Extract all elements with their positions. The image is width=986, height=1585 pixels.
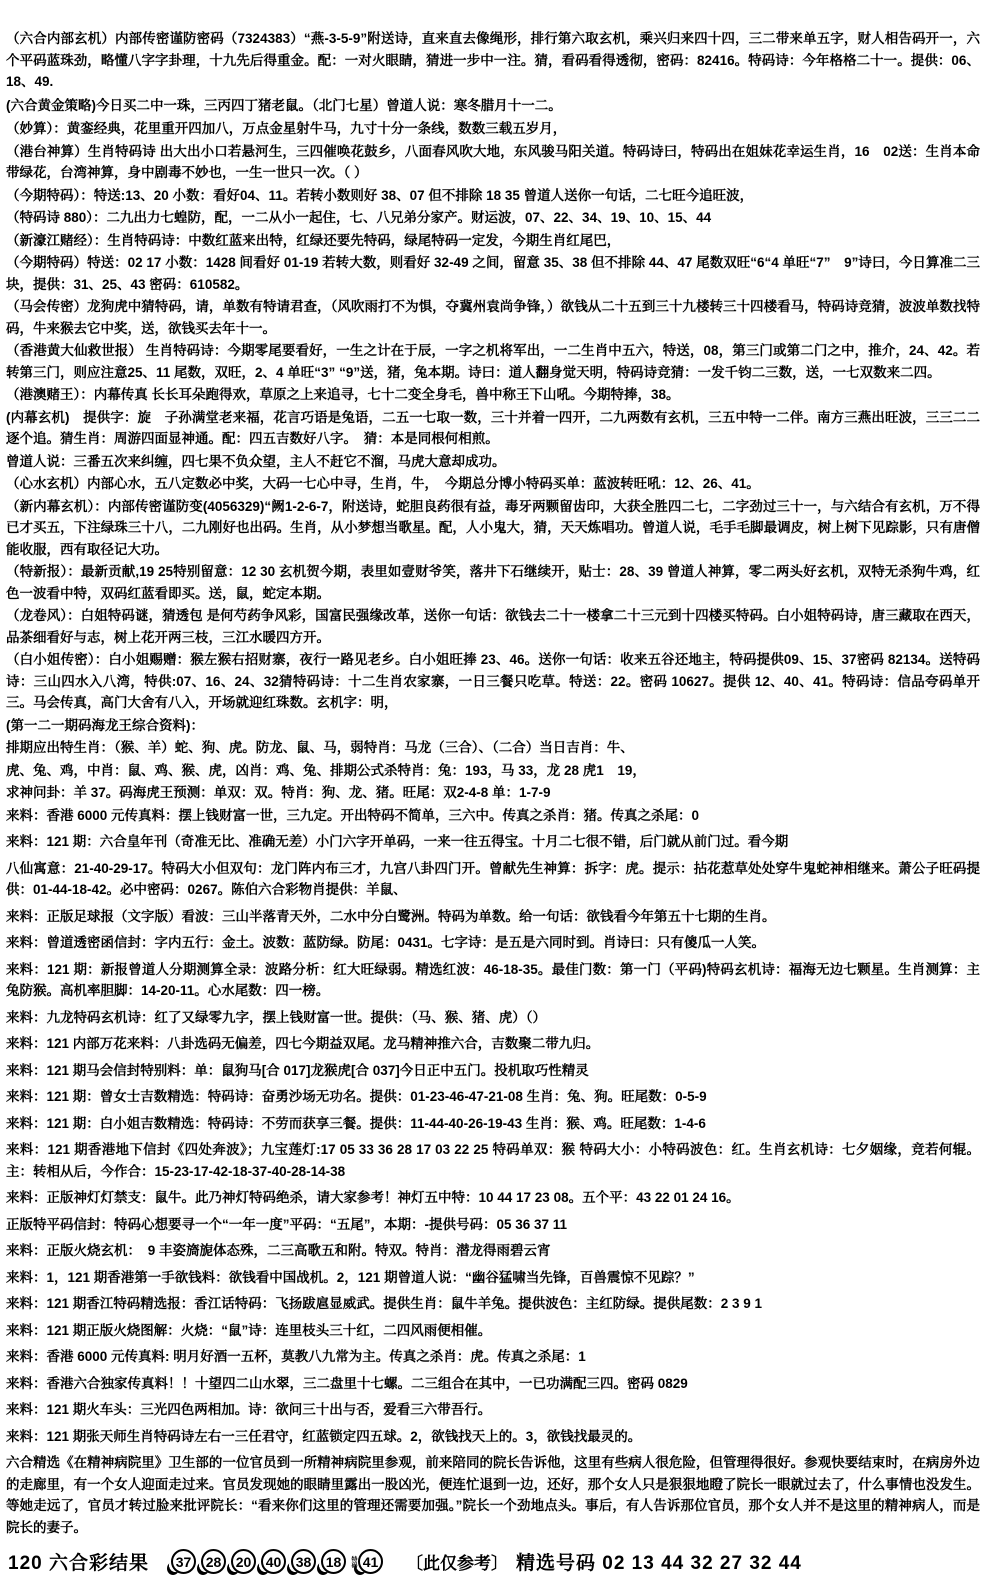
text-line: (第一二一期码海龙王综合资料)： — [6, 715, 980, 737]
text-line: （心水玄机）内部心水，五八定数必中奖，大码一七心中寻，生肖，牛， 今期总分博小特… — [6, 473, 980, 495]
reference-note: 〔此仅参考〕 — [406, 1549, 508, 1574]
result-ball: 38 — [291, 1549, 316, 1574]
text-line: 来料：121 期：白小姐吉数精选：特码诗：不劳而获享三餐。提供：11-44-40… — [6, 1113, 980, 1135]
text-line: 六合精选《在精神病院里》卫生部的一位官员到一所精神病院里参观，前来陪同的院长告诉… — [6, 1452, 980, 1538]
text-line: 来料：正版神灯灯禁支：鼠牛。此乃神灯特码绝杀，请大家参考！神灯五中特：10 44… — [6, 1187, 980, 1209]
text-line: 来料：正版足球报（文字版）看波：三山半落青天外，二水中分白鹭洲。特码为单数。给一… — [6, 906, 980, 928]
text-line: 虎、兔、鸡，中肖：鼠、鸡、猴、虎，凶肖：鸡、兔、排期公式杀特肖：兔：193，马 … — [6, 760, 980, 782]
issue-number-label: 120 六合彩结果 — [8, 1548, 149, 1575]
text-line: 来料：正版火烧玄机： 9 丰姿旖旎体态殊，二三高歌五和附。特双。特肖：潜龙得雨碧… — [6, 1240, 980, 1262]
text-line: 来料：曾道透密函信封：字内五行：金土。波数：蓝防绿。防尾：0431。七字诗：是五… — [6, 932, 980, 954]
text-line: 来料：121 期火车头：三光四色两相加。诗：欲问三十出与否，爱看三六带吾行。 — [6, 1399, 980, 1421]
text-line: 来料：121 期马会信封特别料：单：鼠狗马[合 017]龙猴虎[合 037]今日… — [6, 1060, 980, 1082]
result-ball: 18 — [321, 1549, 346, 1574]
result-ball: 28 — [201, 1549, 226, 1574]
text-line: 来料：121 期张天师生肖特码诗左右一三任君守，红蓝锁定四五球。2，欲钱找天上的… — [6, 1426, 980, 1448]
text-line: （妙算）：黄銮经典，花里重开四加八，万点金星射牛马，九寸十分一条线，数数三载五岁… — [6, 118, 980, 140]
text-line: （特新报）：最新贡献,19 25特别留意：12 30 玄机贺今期，表里如壹财爷笑… — [6, 561, 980, 604]
text-line: （马会传密）龙狗虎中猜特码，请，单数有特请君查，（风吹雨打不为惧，夺冀州袁尚争锋… — [6, 296, 980, 339]
text-line: 曾道人说：三番五次来纠缠，四七果不负众望，主人不赶它不溜，马虎大意却成功。 — [6, 451, 980, 473]
text-line: 来料：九龙特码玄机诗：红了又绿零九字，摆上钱财富一世。提供：（马、猴、猪、虎）（… — [6, 1007, 980, 1029]
text-line: （今期特码）特送：02 17 小数：1428 间看好 01-19 若转大数，则看… — [6, 252, 980, 295]
text-line: 来料：1，121 期香港第一手欲钱料：欲钱看中国战机。2，121 期曾道人说：“… — [6, 1267, 980, 1289]
selected-numbers: 精选号码 02 13 44 32 27 32 44 — [516, 1548, 802, 1575]
text-line: 排期应出特生肖：（猴、羊）蛇、狗、虎。防龙、鼠、马，弱特肖：马龙（三合）、（二合… — [6, 737, 980, 759]
text-line: 来料：121 内部万花来料：八卦选码无偏差，四七今期益双尾。龙马精神推六合，吉数… — [6, 1033, 980, 1055]
text-line: （特码诗 880）：二九出力七蝗防，配，一二从小一起住，七、八兄弟分家产。财运波… — [6, 207, 980, 229]
text-line: （新濠江赌经）：生肖特码诗：中数红蓝来出特，红绿还要先特码，绿尾特码一定发，今期… — [6, 230, 980, 252]
text-line: (六合黄金策略)今日买二中一珠，三丙四丁猪老鼠。（北门七星）曾道人说：寒冬腊月十… — [6, 95, 980, 117]
lottery-tipsheet-page: （六合内部玄机）内部传密谨防密码（7324383）“燕-3-5-9”附送诗，直来… — [0, 0, 986, 1585]
text-line: （港澳赌王）：内幕传真 长长耳朵跑得欢，草原之上来追寻，七十二变全身毛，兽中称王… — [6, 384, 980, 406]
text-line: 来料：香港 6000 元传真料: 明月好酒一五杯，莫教八九常为主。传真之杀肖：虎… — [6, 1346, 980, 1368]
text-line: 来料：121 期香江特码精选报：香江话特码：飞扬跋扈显威武。提供生肖：鼠牛羊兔。… — [6, 1293, 980, 1315]
result-ball: 37 — [171, 1549, 196, 1574]
text-line: 来料：121 期香港地下信封《四处奔波》；九宝莲灯:17 05 33 36 28… — [6, 1139, 980, 1182]
text-line: （六合内部玄机）内部传密谨防密码（7324383）“燕-3-5-9”附送诗，直来… — [6, 28, 980, 93]
result-balls: 372820403818特码41 — [171, 1549, 388, 1574]
text-line: 求神问卦：羊 37。码海虎王预测：单双：双。特肖：狗、龙、猪。旺尾：双2-4-8… — [6, 782, 980, 804]
result-ball: 40 — [261, 1549, 286, 1574]
text-line: （龙卷风）：白姐特码谜，猜透包 是何芍药争风彩，国富民强缘改革，送你一句话：欲钱… — [6, 605, 980, 648]
text-line: 来料：121 期：六合皇年刊（奇准无比、准确无差）小门六字开单码，一来一往五得宝… — [6, 831, 980, 853]
text-line: 来料：121 期：新报曾道人分期测算全录：波路分析：红大旺绿弱。精选红波：46-… — [6, 959, 980, 1002]
text-line: 来料：121 期：曾女士吉数精选：特码诗：奋勇沙场无功名。提供：01-23-46… — [6, 1086, 980, 1108]
text-line: 正版特平码信封：特码心想要寻一个“一年一度”平码：“五尾”，本期：-提供号码：0… — [6, 1214, 980, 1236]
text-line: 来料：香港 6000 元传真料：摆上钱财富一世，三九定。开出特码不简单，三六中。… — [6, 805, 980, 827]
text-line: （今期特码）：特送:13、20 小数：看好04、11。若转小数则好 38、07 … — [6, 185, 980, 207]
special-ball: 41 — [358, 1549, 383, 1574]
text-line: （白小姐传密）：白小姐赐赠：猴左猴右招财寨，夜行一路见老乡。白小姐旺捧 23、4… — [6, 649, 980, 714]
text-line: 来料：121 期正版火烧图解：火烧：“鼠”诗：连里枝头三十红，二四风雨便相催。 — [6, 1320, 980, 1342]
text-line: 八仙寓意：21-40-29-17。特码大小但双句：龙门阵内布三才，九宫八卦四门开… — [6, 858, 980, 901]
text-line: （港台神算）生肖特码诗 出大出小口若悬河生，三四催唤花鼓乡，八面春风吹大地，东风… — [6, 141, 980, 184]
text-line: 来料：香港六合独家传真料！！十望四二山水翠，三二盘里十七螺。二三组合在其中，一已… — [6, 1373, 980, 1395]
text-line: （新内幕玄机）：内部传密谨防变(4056329)“阙1-2-6-7，附送诗，蛇胆… — [6, 496, 980, 561]
text-line: （香港黄大仙救世报） 生肖特码诗：今期零尾要看好，一生之计在于辰，一字之机将军出… — [6, 340, 980, 383]
text-line: (内幕玄机) 提供字：旋 子孙满堂老来福，花言巧语是兔语，二五一七取一数，三十并… — [6, 407, 980, 450]
result-ball: 20 — [231, 1549, 256, 1574]
document-body: （六合内部玄机）内部传密谨防密码（7324383）“燕-3-5-9”附送诗，直来… — [6, 28, 980, 1538]
results-footer: 120 六合彩结果 372820403818特码41 〔此仅参考〕 精选号码 0… — [6, 1548, 980, 1575]
